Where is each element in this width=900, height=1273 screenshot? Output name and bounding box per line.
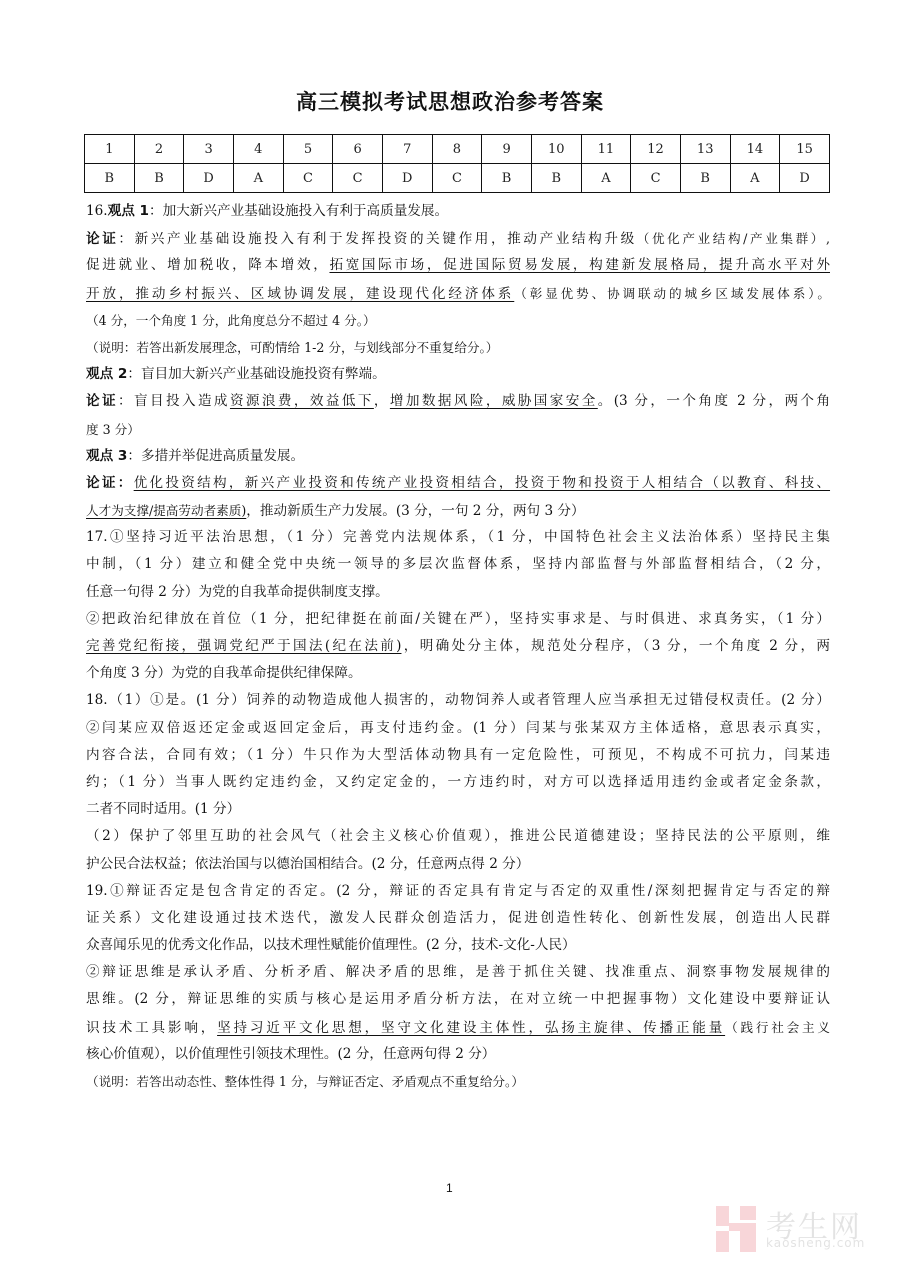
key-point-underlined: 人才为支撑/提高劳动者素质): [86, 503, 246, 518]
question-16: 16.观点 1：加大新兴产业基础设施投入有利于高质量发展。 论证：新兴产业基础设…: [86, 198, 830, 524]
text-line: （说明：若答出新发展理念，可酌情给 1-2 分，与划线部分不重复给分。）: [86, 334, 830, 361]
text-line: 任意一句得 2 分）为党的自我革命提供制度支撑。: [86, 579, 830, 606]
text-line: 度 3 分）: [86, 416, 830, 443]
table-cell: 5: [283, 135, 333, 164]
text-line: （说明：若答出动态性、整体性得 1 分，与辩证否定、矛盾观点不重复给分。）: [86, 1068, 830, 1095]
argument-text: ，: [374, 393, 390, 409]
scoring-note: （践行社会主义: [725, 1020, 830, 1035]
key-point-underlined: 优化投资结构，新兴产业投资和传统产业投资相结合，投资于物和投资于人相结合（以教育…: [134, 475, 830, 491]
question-number-row: 1 2 3 4 5 6 7 8 9 10 11 12 13 14 15: [85, 135, 830, 164]
text-line: 人才为支撑/提高劳动者素质)，推动新质生产力发展。(3 分，一句 2 分，两句 …: [86, 497, 830, 524]
table-cell: B: [482, 164, 532, 193]
viewpoint-label: 观点 2: [86, 366, 127, 382]
text-line: 观点 2：盲目加大新兴产业基础设施投资有弊端。: [86, 361, 830, 388]
argument-text: 促进就业、增加税收，降本增效，: [86, 257, 329, 273]
document-page: 高三模拟考试思想政治参考答案 1 2 3 4 5 6 7 8 9 10 11 1…: [0, 0, 900, 1273]
text-line: 开放，推动乡村振兴、区域协调发展，建设现代化经济体系（彰显优势、协调联动的城乡区…: [86, 280, 830, 307]
text-line: 约；（1 分）当事人既约定违约金，又约定定金的，一方违约时，对方可以选择适用违约…: [86, 769, 830, 796]
table-cell: C: [283, 164, 333, 193]
table-cell: 9: [482, 135, 532, 164]
table-cell: 14: [730, 135, 780, 164]
answer-text: 识技术工具影响，: [86, 1020, 217, 1036]
table-cell: 11: [581, 135, 631, 164]
text-line: 完善党纪衔接，强调党纪严于国法(纪在法前)，明确处分主体，规范处分程序，（3 分…: [86, 633, 830, 660]
table-cell: 10: [531, 135, 581, 164]
text-line: 论证：盲目投入造成资源浪费，效益低下，增加数据风险，威胁国家安全。(3 分，一个…: [86, 388, 830, 415]
table-cell: 13: [680, 135, 730, 164]
argument-text: ：新兴产业基础设施投入有利于发挥投资的关键作用，推动产业结构升级: [118, 231, 636, 247]
argument-text: ：盲目投入造成: [118, 393, 230, 409]
text-line: 观点 3：多措并举促进高质量发展。: [86, 443, 830, 470]
key-point-underlined: 拓宽国际市场，促进国际贸易发展，构建新发展格局，提升高水平对外: [329, 257, 830, 273]
answer-key-table: 1 2 3 4 5 6 7 8 9 10 11 12 13 14 15 B B …: [84, 134, 830, 193]
table-cell: D: [382, 164, 432, 193]
table-cell: A: [233, 164, 283, 193]
key-point-underlined: 完善党纪衔接，强调党纪严于国法(纪在法前): [86, 638, 401, 654]
table-cell: 15: [780, 135, 830, 164]
table-cell: A: [730, 164, 780, 193]
page-title: 高三模拟考试思想政治参考答案: [0, 86, 900, 116]
text-line: 众喜闻乐见的优秀文化作品，以技术理性赋能价值理性。(2 分，技术-文化-人民）: [86, 932, 830, 959]
table-cell: C: [631, 164, 681, 193]
text-line: ②辩证思维是承认矛盾、分析矛盾、解决矛盾的思维，是善于抓住关键、找准重点、洞察事…: [86, 959, 830, 986]
table-cell: 1: [85, 135, 135, 164]
text-line: 17.①坚持习近平法治思想，（1 分）完善党内法规体系，（1 分，中国特色社会主…: [86, 524, 830, 551]
page-number: 1: [446, 1181, 453, 1195]
text-line: 证关系）文化建设通过技术迭代，激发人民群众创造活力，促进创造性转化、创新性发展，…: [86, 905, 830, 932]
watermark-logo-icon: [716, 1206, 756, 1252]
table-cell: B: [531, 164, 581, 193]
key-point-underlined: 资源浪费，效益低下: [230, 393, 374, 409]
key-point-underlined: 坚持习近平文化思想，坚守文化建设主体性，弘扬主旋律、传播正能量: [217, 1020, 725, 1036]
table-cell: C: [432, 164, 482, 193]
text-line: 促进就业、增加税收，降本增效，拓宽国际市场，促进国际贸易发展，构建新发展格局，提…: [86, 252, 830, 279]
viewpoint-text: ：多措并举促进高质量发展。: [127, 448, 304, 464]
answer-content: 16.观点 1：加大新兴产业基础设施投入有利于高质量发展。 论证：新兴产业基础设…: [86, 198, 830, 1095]
question-19: 19.①辩证否定是包含肯定的否定。(2 分，辩证的否定具有肯定与否定的双重性/深…: [86, 878, 830, 1096]
question-number: 16.: [86, 203, 108, 219]
table-cell: B: [85, 164, 135, 193]
viewpoint-text: ：加大新兴产业基础设施投入有利于高质量发展。: [149, 203, 448, 219]
argument-label: 论证: [86, 475, 118, 491]
table-cell: D: [780, 164, 830, 193]
table-cell: 8: [432, 135, 482, 164]
scoring-note: 。(3 分，一个角度 2 分，两个角: [598, 393, 830, 409]
question-18: 18.（1）①是。(1 分）饲养的动物造成他人损害的，动物饲养人或者管理人应当承…: [86, 687, 830, 877]
text-line: 识技术工具影响，坚持习近平文化思想，坚守文化建设主体性，弘扬主旋律、传播正能量（…: [86, 1014, 830, 1041]
table-cell: 2: [134, 135, 184, 164]
text-line: 19.①辩证否定是包含肯定的否定。(2 分，辩证的否定具有肯定与否定的双重性/深…: [86, 878, 830, 905]
text-line: 中制，（1 分）建立和健全党中央统一领导的多层次监督体系，坚持内部监督与外部监督…: [86, 551, 830, 578]
answer-row: B B D A C C D C B B A C B A D: [85, 164, 830, 193]
table-cell: 3: [184, 135, 234, 164]
text-line: 思维。(2 分，辩证思维的实质与核心是运用矛盾分析方法，在对立统一中把握事物）文…: [86, 986, 830, 1013]
text-line: ②把政治纪律放在首位（1 分，把纪律挺在前面/关键在严），坚持实事求是、与时俱进…: [86, 606, 830, 633]
watermark: 考生网 kaosheng.com: [716, 1206, 876, 1256]
argument-label: 论证: [86, 393, 118, 409]
table-cell: 12: [631, 135, 681, 164]
table-cell: 4: [233, 135, 283, 164]
text-line: 护公民合法权益；依法治国与以德治国相结合。(2 分，任意两点得 2 分）: [86, 851, 830, 878]
argument-colon: ：: [118, 475, 134, 491]
watermark-url: kaosheng.com: [766, 1236, 865, 1250]
scoring-note: （优化产业结构/产业集群）,: [637, 231, 830, 246]
text-line: 核心价值观），以价值理性引领技术理性。(2 分，任意两句得 2 分）: [86, 1041, 830, 1068]
text-line: 18.（1）①是。(1 分）饲养的动物造成他人损害的，动物饲养人或者管理人应当承…: [86, 687, 830, 714]
key-point-underlined: 增加数据风险，威胁国家安全: [390, 393, 598, 409]
viewpoint-label: 观点 1: [108, 203, 149, 219]
viewpoint-text: ：盲目加大新兴产业基础设施投资有弊端。: [127, 366, 385, 382]
key-point-underlined: 开放，推动乡村振兴、区域协调发展，建设现代化经济体系: [86, 286, 514, 302]
table-cell: B: [134, 164, 184, 193]
text-line: 个角度 3 分）为党的自我革命提供纪律保障。: [86, 660, 830, 687]
table-cell: 6: [333, 135, 383, 164]
answer-text: ，明确处分主体，规范处分程序，（3 分，一个角度 2 分，两: [401, 638, 830, 654]
text-line: 内容合法，合同有效；（1 分）牛只作为大型活体动物具有一定危险性，可预见，不构成…: [86, 742, 830, 769]
text-line: 论证：优化投资结构，新兴产业投资和传统产业投资相结合，投资于物和投资于人相结合（…: [86, 470, 830, 497]
text-line: （4 分，一个角度 1 分，此角度总分不超过 4 分。）: [86, 307, 830, 334]
table-cell: B: [680, 164, 730, 193]
argument-label: 论证: [86, 231, 118, 247]
text-line: 论证：新兴产业基础设施投入有利于发挥投资的关键作用，推动产业结构升级（优化产业结…: [86, 225, 830, 252]
table-cell: C: [333, 164, 383, 193]
text-line: ②闫某应双倍返还定金或返回定金后，再支付违约金。(1 分）闫某与张某双方主体适格…: [86, 715, 830, 742]
argument-text: ，推动新质生产力发展。(3 分，一句 2 分，两句 3 分）: [246, 503, 584, 519]
table-cell: A: [581, 164, 631, 193]
viewpoint-label: 观点 3: [86, 448, 127, 464]
table-cell: D: [184, 164, 234, 193]
text-line: 二者不同时适用。(1 分）: [86, 796, 830, 823]
text-line: 16.观点 1：加大新兴产业基础设施投入有利于高质量发展。: [86, 198, 830, 225]
table-cell: 7: [382, 135, 432, 164]
question-17: 17.①坚持习近平法治思想，（1 分）完善党内法规体系，（1 分，中国特色社会主…: [86, 524, 830, 687]
scoring-note: （彰显优势、协调联动的城乡区域发展体系）。: [514, 286, 830, 301]
text-line: （2）保护了邻里互助的社会风气（社会主义核心价值观），推进公民道德建设；坚持民法…: [86, 823, 830, 850]
